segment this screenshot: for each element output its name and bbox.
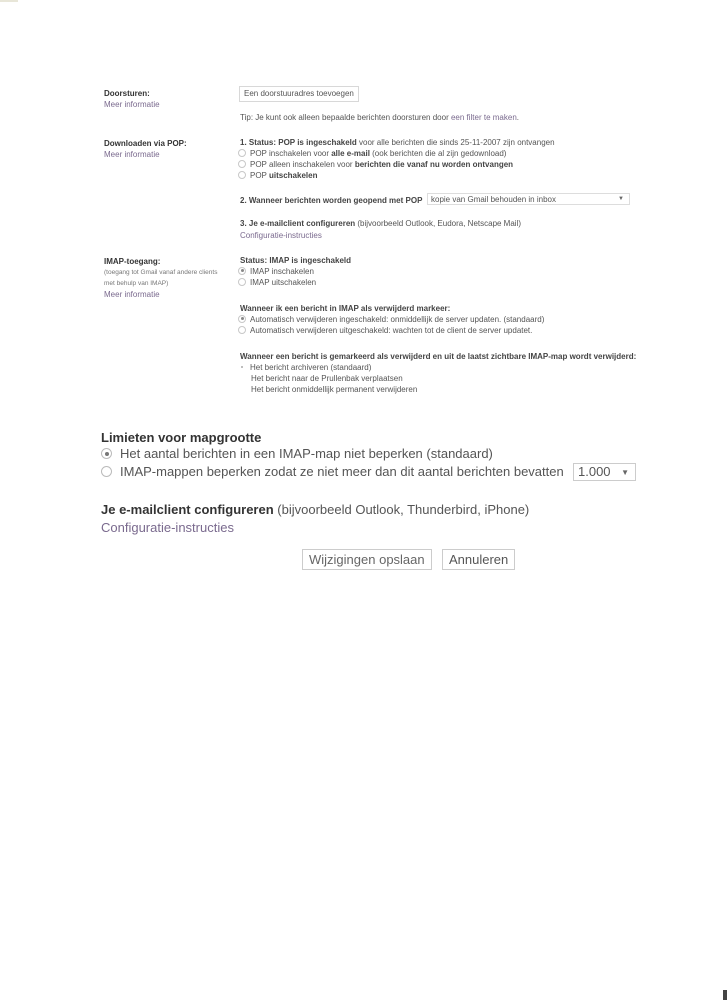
save-changes-button[interactable]: Wijzigingen opslaan [302,549,432,570]
client-config: Je e-mailclient configureren (bijvoorbee… [101,501,529,518]
forwarding-more-info-link[interactable]: Meer informatie [104,99,160,110]
pop-status-label: 1. Status: [240,138,278,147]
imap-auto-expunge-on[interactable]: Automatisch verwijderen ingeschakeld: on… [238,314,544,325]
imap-auto-expunge-off[interactable]: Automatisch verwijderen uitgeschakeld: w… [238,325,532,336]
client-config-examples: (bijvoorbeeld Outlook, Thunderbird, iPho… [274,502,530,517]
dropdown-arrow-icon: ▼ [618,194,624,205]
radio-button[interactable] [238,326,246,334]
tip-suffix: . [517,113,519,122]
imap-option-enable[interactable]: IMAP inschakelen [238,266,314,277]
forwarding-tip: Tip: Je kunt ook alleen bepaalde bericht… [240,112,519,123]
client-config-heading: Je e-mailclient configureren [101,502,274,517]
client-config-instructions-link[interactable]: Configuratie-instructies [101,519,234,536]
imap-expunge-trash[interactable]: Het bericht naar de Prullenbak verplaats… [251,373,403,384]
pop-option-from-now[interactable]: POP alleen inschakelen voor berichten di… [238,159,513,170]
scan-artifact [0,0,18,2]
pop-when-opened-select[interactable]: kopie van Gmail behouden in inbox▼ [427,193,630,205]
pop-status-detail: voor alle berichten die sinds 25-11-2007… [357,138,555,147]
scan-artifact [723,990,727,1000]
pop-option-all[interactable]: POP inschakelen voor alle e-mail (ook be… [238,148,506,159]
add-forwarding-address-button[interactable]: Een doorstuuradres toevoegen [239,86,359,102]
option-text: Het bericht archiveren (standaard) [250,363,371,372]
radio-button-selected[interactable] [101,448,112,459]
radio-button-selected[interactable] [238,267,246,275]
folder-limit-unlimited[interactable]: Het aantal berichten in een IMAP-map nie… [101,445,493,462]
create-filter-link[interactable]: een filter te maken [451,113,517,122]
pop-option-disable[interactable]: POP uitschakelen [238,170,317,181]
imap-option-disable[interactable]: IMAP uitschakelen [238,277,316,288]
imap-sublabel-2: met behulp van IMAP) [104,278,168,289]
select-value: kopie van Gmail behouden in inbox [431,195,556,204]
folder-limits-heading: Limieten voor mapgrootte [101,429,261,446]
dropdown-arrow-icon: ▼ [621,465,629,481]
option-bold: uitschakelen [269,171,317,180]
pop-status: 1. Status: POP is ingeschakeld voor alle… [240,137,555,148]
imap-more-info-link[interactable]: Meer informatie [104,289,160,300]
option-text: IMAP inschakelen [250,267,314,276]
imap-expunge-heading: Wanneer een bericht is gemarkeerd als ve… [240,351,636,362]
pop-label: Downloaden via POP: [104,138,187,149]
imap-expunge-archive[interactable]: Het bericht archiveren (standaard) [238,362,371,373]
radio-button-selected[interactable] [238,315,246,323]
imap-sublabel-1: (toegang tot Gmail vanaf andere clients [104,267,217,278]
configure-examples: (bijvoorbeeld Outlook, Eudora, Netscape … [355,219,521,228]
option-text: Automatisch verwijderen ingeschakeld: on… [250,315,544,324]
imap-status-value: IMAP is ingeschakeld [269,256,351,265]
option-bold: berichten die vanaf nu worden ontvangen [355,160,513,169]
imap-status: Status: IMAP is ingeschakeld [240,255,351,266]
option-text: Automatisch verwijderen uitgeschakeld: w… [250,326,532,335]
radio-button[interactable] [101,466,112,477]
imap-deleted-heading: Wanneer ik een bericht in IMAP als verwi… [240,303,450,314]
radio-button-selected[interactable] [238,363,246,371]
option-text: IMAP-mappen beperken zodat ze niet meer … [120,464,564,479]
radio-button[interactable] [238,160,246,168]
pop-configure: 3. Je e-mailclient configureren (bijvoor… [240,218,521,229]
folder-limit-select[interactable]: 1.000▼ [573,463,636,481]
pop-more-info-link[interactable]: Meer informatie [104,149,160,160]
tip-text: Tip: Je kunt ook alleen bepaalde bericht… [240,113,451,122]
option-text: IMAP uitschakelen [250,278,316,287]
cancel-button[interactable]: Annuleren [442,549,515,570]
pop-config-instructions-link[interactable]: Configuratie-instructies [240,230,322,241]
pop-when-opened-label: 2. Wanneer berichten worden geopend met … [240,195,422,206]
forwarding-label: Doorsturen: [104,88,150,99]
option-text: Het aantal berichten in een IMAP-map nie… [120,446,493,461]
imap-expunge-delete[interactable]: Het bericht onmiddellijk permanent verwi… [251,384,417,395]
radio-button[interactable] [238,278,246,286]
option-text: POP [250,171,269,180]
option-bold: alle e-mail [331,149,370,158]
option-text: POP inschakelen voor [250,149,331,158]
radio-button[interactable] [238,171,246,179]
imap-label: IMAP-toegang: [104,256,160,267]
folder-limit-limited[interactable]: IMAP-mappen beperken zodat ze niet meer … [101,463,564,480]
radio-button[interactable] [238,149,246,157]
option-text: POP alleen inschakelen voor [250,160,355,169]
select-value: 1.000 [578,464,611,479]
configure-heading: 3. Je e-mailclient configureren [240,219,355,228]
imap-status-label: Status: [240,256,269,265]
option-text: (ook berichten die al zijn gedownload) [370,149,507,158]
pop-status-value: POP is ingeschakeld [278,138,357,147]
